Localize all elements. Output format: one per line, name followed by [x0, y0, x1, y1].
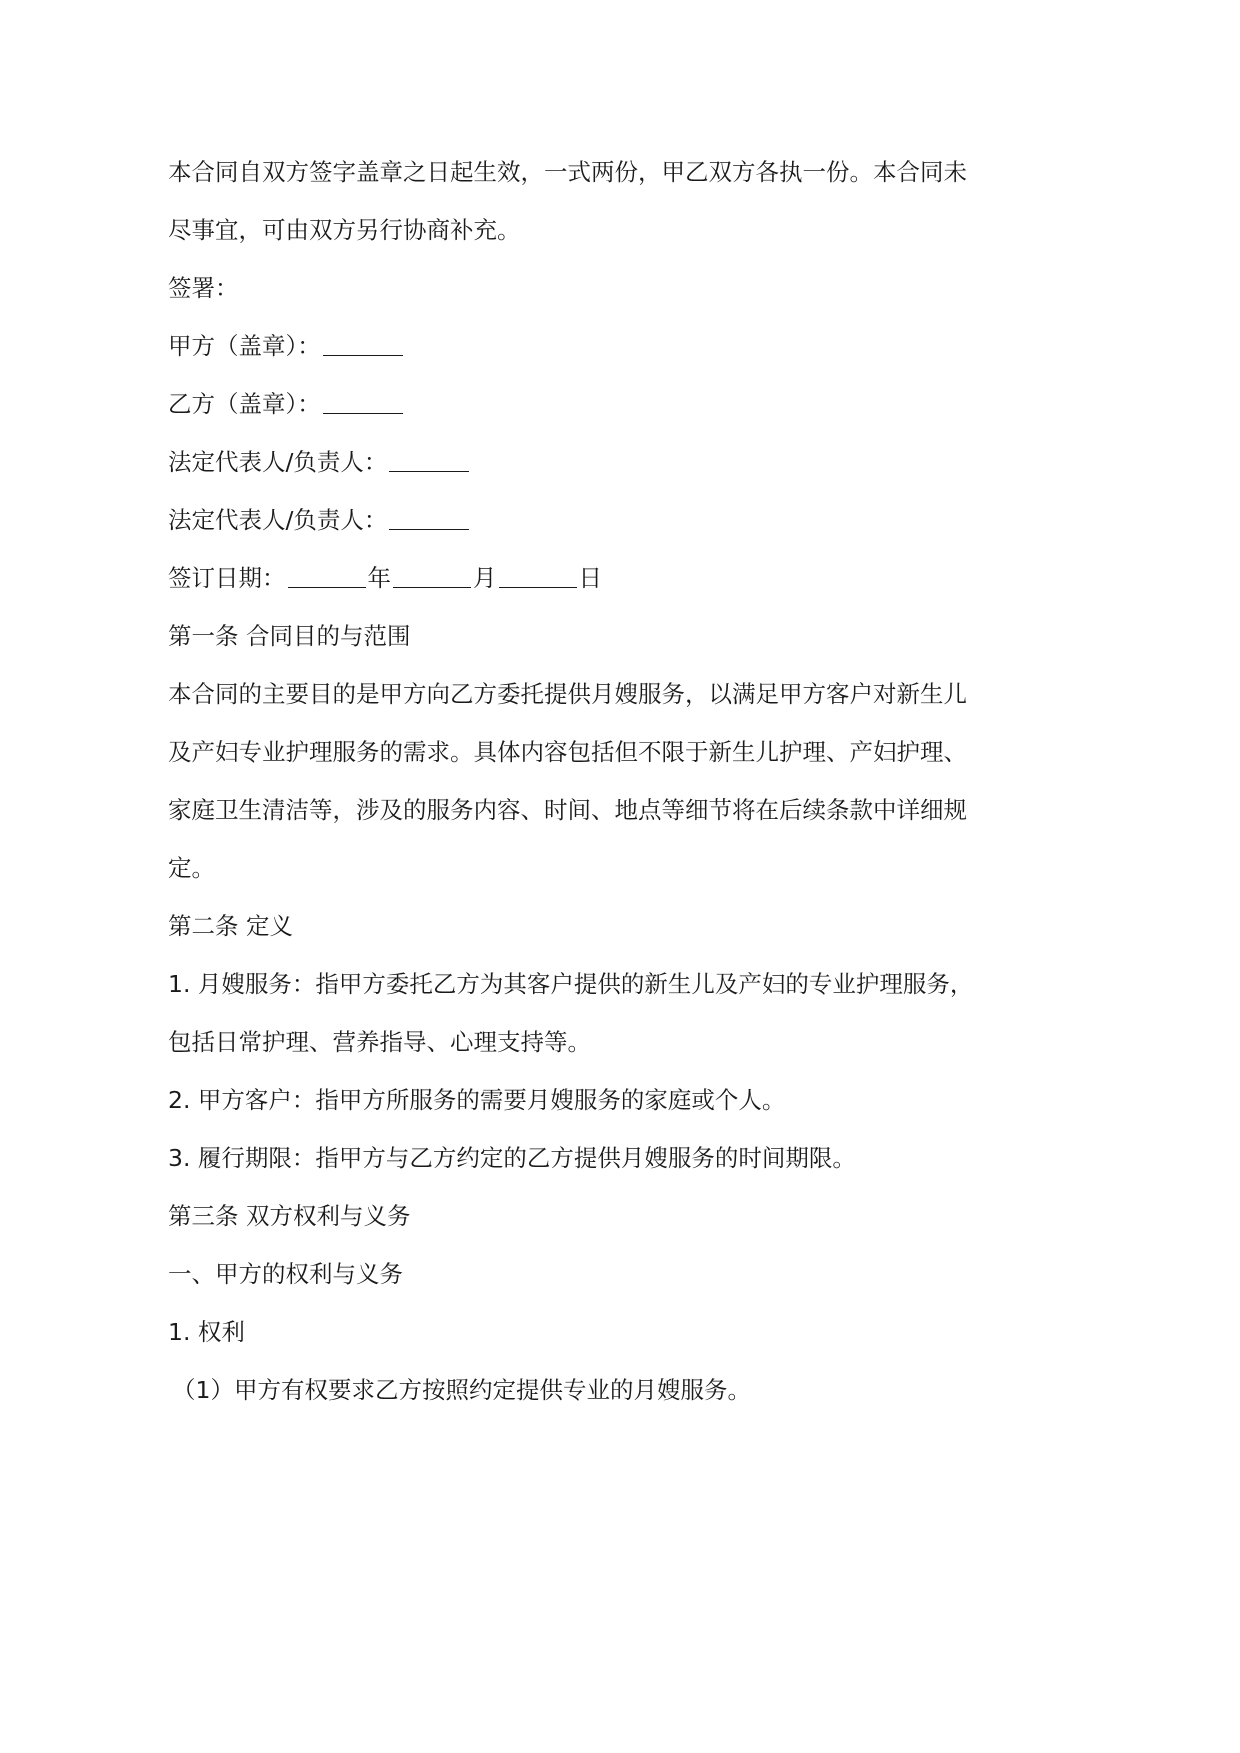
definition-1-line-2: 包括日常护理、营养指导、心理支持等。: [168, 1013, 938, 1071]
year-blank[interactable]: [288, 565, 366, 588]
article-1-line-3: 家庭卫生清洁等，涉及的服务内容、时间、地点等细节将在后续条款中详细规: [168, 781, 938, 839]
sign-date-label: 签订日期：: [168, 564, 286, 592]
right-1: （1）甲方有权要求乙方按照约定提供专业的月嫂服务。: [168, 1361, 938, 1419]
article-3-title: 第三条 双方权利与义务: [168, 1187, 938, 1245]
year-label: 年: [368, 564, 392, 592]
day-blank[interactable]: [499, 565, 577, 588]
rights-title: 1. 权利: [168, 1303, 938, 1361]
section-a-title: 一、甲方的权利与义务: [168, 1245, 938, 1303]
day-label: 日: [579, 564, 603, 592]
article-1-line-1: 本合同的主要目的是甲方向乙方委托提供月嫂服务，以满足甲方客户对新生儿: [168, 665, 938, 723]
party-a-signature-row: 甲方（盖章）：: [168, 317, 938, 375]
definition-3: 3. 履行期限：指甲方与乙方约定的乙方提供月嫂服务的时间期限。: [168, 1129, 938, 1187]
legal-rep-b-row: 法定代表人/负责人：: [168, 491, 938, 549]
document-page: 本合同自双方签字盖章之日起生效，一式两份，甲乙双方各执一份。本合同未 尽事宜，可…: [168, 143, 938, 1419]
definition-1-line-1: 1. 月嫂服务：指甲方委托乙方为其客户提供的新生儿及产妇的专业护理服务，: [168, 955, 938, 1013]
month-label: 月: [473, 564, 497, 592]
article-1-line-4: 定。: [168, 839, 938, 897]
effect-clause-line-2: 尽事宜，可由双方另行协商补充。: [168, 201, 938, 259]
legal-rep-a-row: 法定代表人/负责人：: [168, 433, 938, 491]
party-b-signature-blank[interactable]: [323, 391, 403, 414]
month-blank[interactable]: [393, 565, 471, 588]
article-1-title: 第一条 合同目的与范围: [168, 607, 938, 665]
article-1-line-2: 及产妇专业护理服务的需求。具体内容包括但不限于新生儿护理、产妇护理、: [168, 723, 938, 781]
party-b-signature-row: 乙方（盖章）：: [168, 375, 938, 433]
legal-rep-b-label: 法定代表人/负责人：: [168, 506, 387, 534]
party-a-label: 甲方（盖章）：: [168, 332, 321, 360]
effect-clause-line-1: 本合同自双方签字盖章之日起生效，一式两份，甲乙双方各执一份。本合同未: [168, 143, 938, 201]
legal-rep-b-blank[interactable]: [389, 507, 469, 530]
sign-heading: 签署：: [168, 259, 938, 317]
legal-rep-a-blank[interactable]: [389, 449, 469, 472]
party-b-label: 乙方（盖章）：: [168, 390, 321, 418]
definition-2: 2. 甲方客户：指甲方所服务的需要月嫂服务的家庭或个人。: [168, 1071, 938, 1129]
party-a-signature-blank[interactable]: [323, 333, 403, 356]
legal-rep-a-label: 法定代表人/负责人：: [168, 448, 387, 476]
sign-date-row: 签订日期：年月日: [168, 549, 938, 607]
article-2-title: 第二条 定义: [168, 897, 938, 955]
